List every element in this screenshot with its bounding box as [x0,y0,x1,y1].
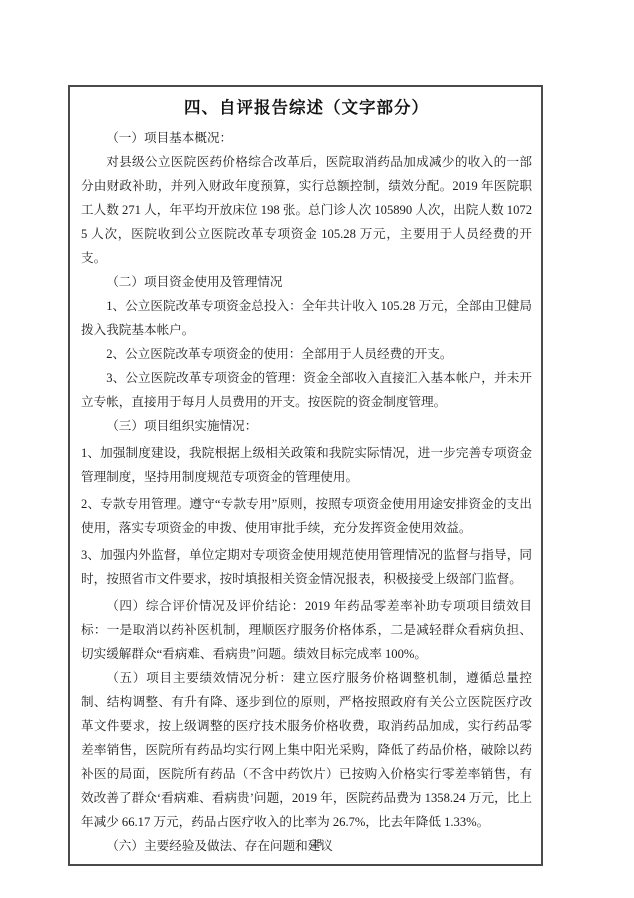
report-body: （一）项目基本概况：对县级公立医院医药价格综合改革后，医院取消药品加成减少的收入… [81,126,532,858]
paragraph: （四）综合评价情况及评价结论：2019 年药品零差率补助专项项目绩效目标：一是取… [81,594,532,666]
paragraph: （一）项目基本概况： [81,126,532,150]
report-frame: 四、自评报告综述（文字部分） （一）项目基本概况：对县级公立医院医药价格综合改革… [68,85,543,866]
paragraph: （五）项目主要绩效情况分析：建立医疗服务价格调整机制，遵循总量控制、结构调整、有… [81,666,532,834]
paragraph: 对县级公立医院医药价格综合改革后，医院取消药品加成减少的收入的一部分由财政补助，… [81,150,532,270]
paragraph: 3、加强内外监督，单位定期对专项资金使用规范使用管理情况的监督与指导，同时，按照… [81,543,532,591]
paragraph: 3、公立医院改革专项资金的管理：资金全部收入直接汇入基本帐户，并未开立专帐，直接… [81,366,532,414]
page-number: 23 [0,838,634,849]
paragraph: （三）项目组织实施情况： [81,414,532,438]
paragraph: 1、加强制度建设，我院根据上级相关政策和我院实际情况，进一步完善专项资金管理制度… [81,441,532,489]
report-title: 四、自评报告综述（文字部分） [81,94,532,118]
paragraph: （二）项目资金使用及管理情况 [81,270,532,294]
paragraph: 2、专款专用管理。遵守“专款专用”原则，按照专项资金使用用途安排资金的支出使用，… [81,492,532,540]
paragraph: 2、公立医院改革专项资金的使用：全部用于人员经费的开支。 [81,342,532,366]
paragraph: 1、公立医院改革专项资金总投入：全年共计收入 105.28 万元，全部由卫健局拨… [81,294,532,342]
document-page: 四、自评报告综述（文字部分） （一）项目基本概况：对县级公立医院医药价格综合改革… [0,0,634,898]
